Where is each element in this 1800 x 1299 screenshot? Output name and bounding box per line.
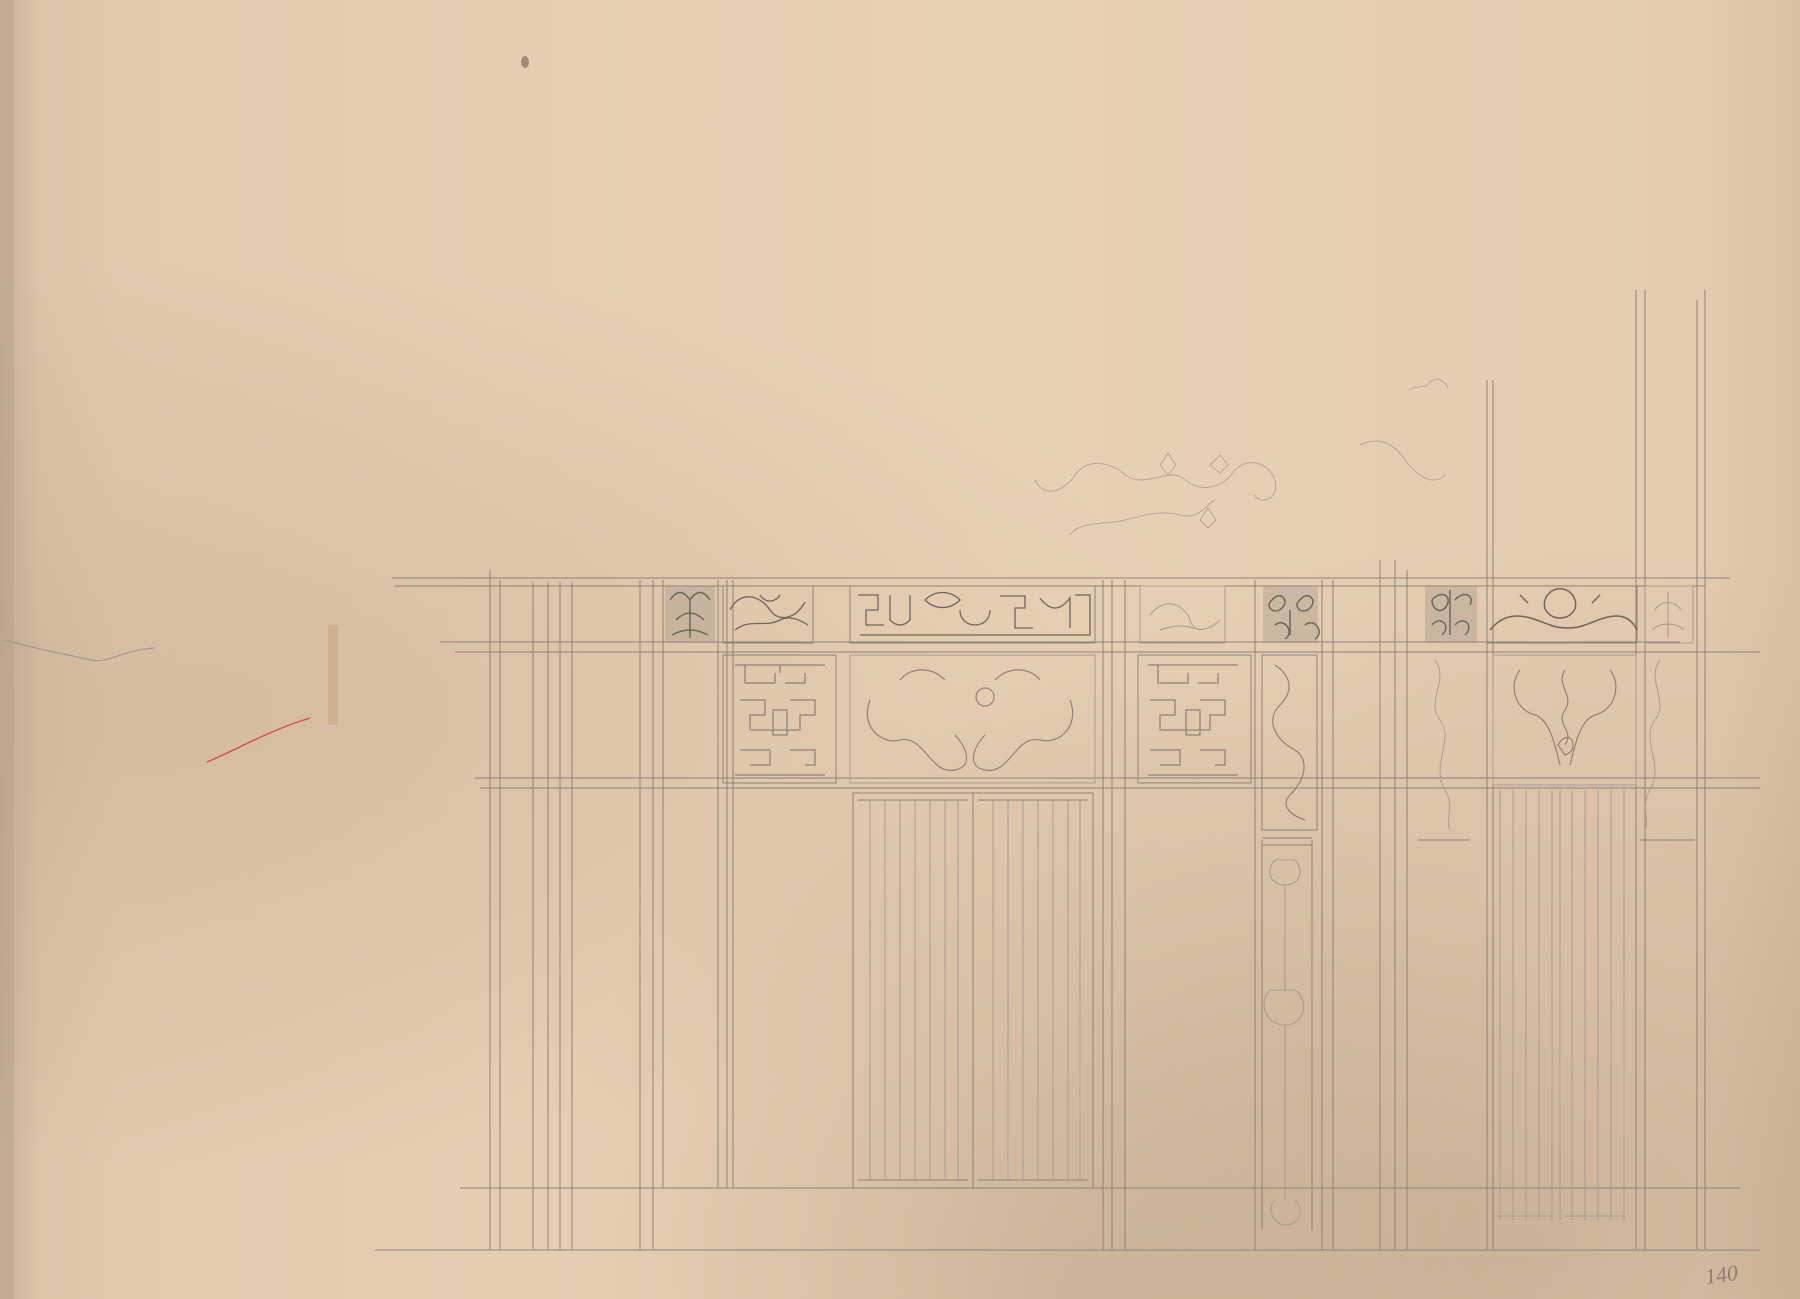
paper-stains xyxy=(0,0,529,1299)
upper-frieze xyxy=(665,586,1319,643)
central-door xyxy=(853,793,1093,1188)
floral-vine-sketch xyxy=(1035,379,1448,535)
architectural-drawing xyxy=(0,0,1800,1299)
right-bay-panels xyxy=(1425,586,1693,830)
left-bay-verticals xyxy=(490,570,733,1250)
drawing-sheet: 140 xyxy=(0,0,1800,1299)
post-ornament xyxy=(1264,860,1304,1225)
middle-band xyxy=(723,655,1317,830)
door-slats xyxy=(870,800,1080,1180)
right-door-slats xyxy=(1492,790,1625,1220)
right-bay-frame xyxy=(1380,290,1705,1250)
red-pencil-stroke xyxy=(207,718,310,762)
page-number: 140 xyxy=(1703,1260,1739,1290)
